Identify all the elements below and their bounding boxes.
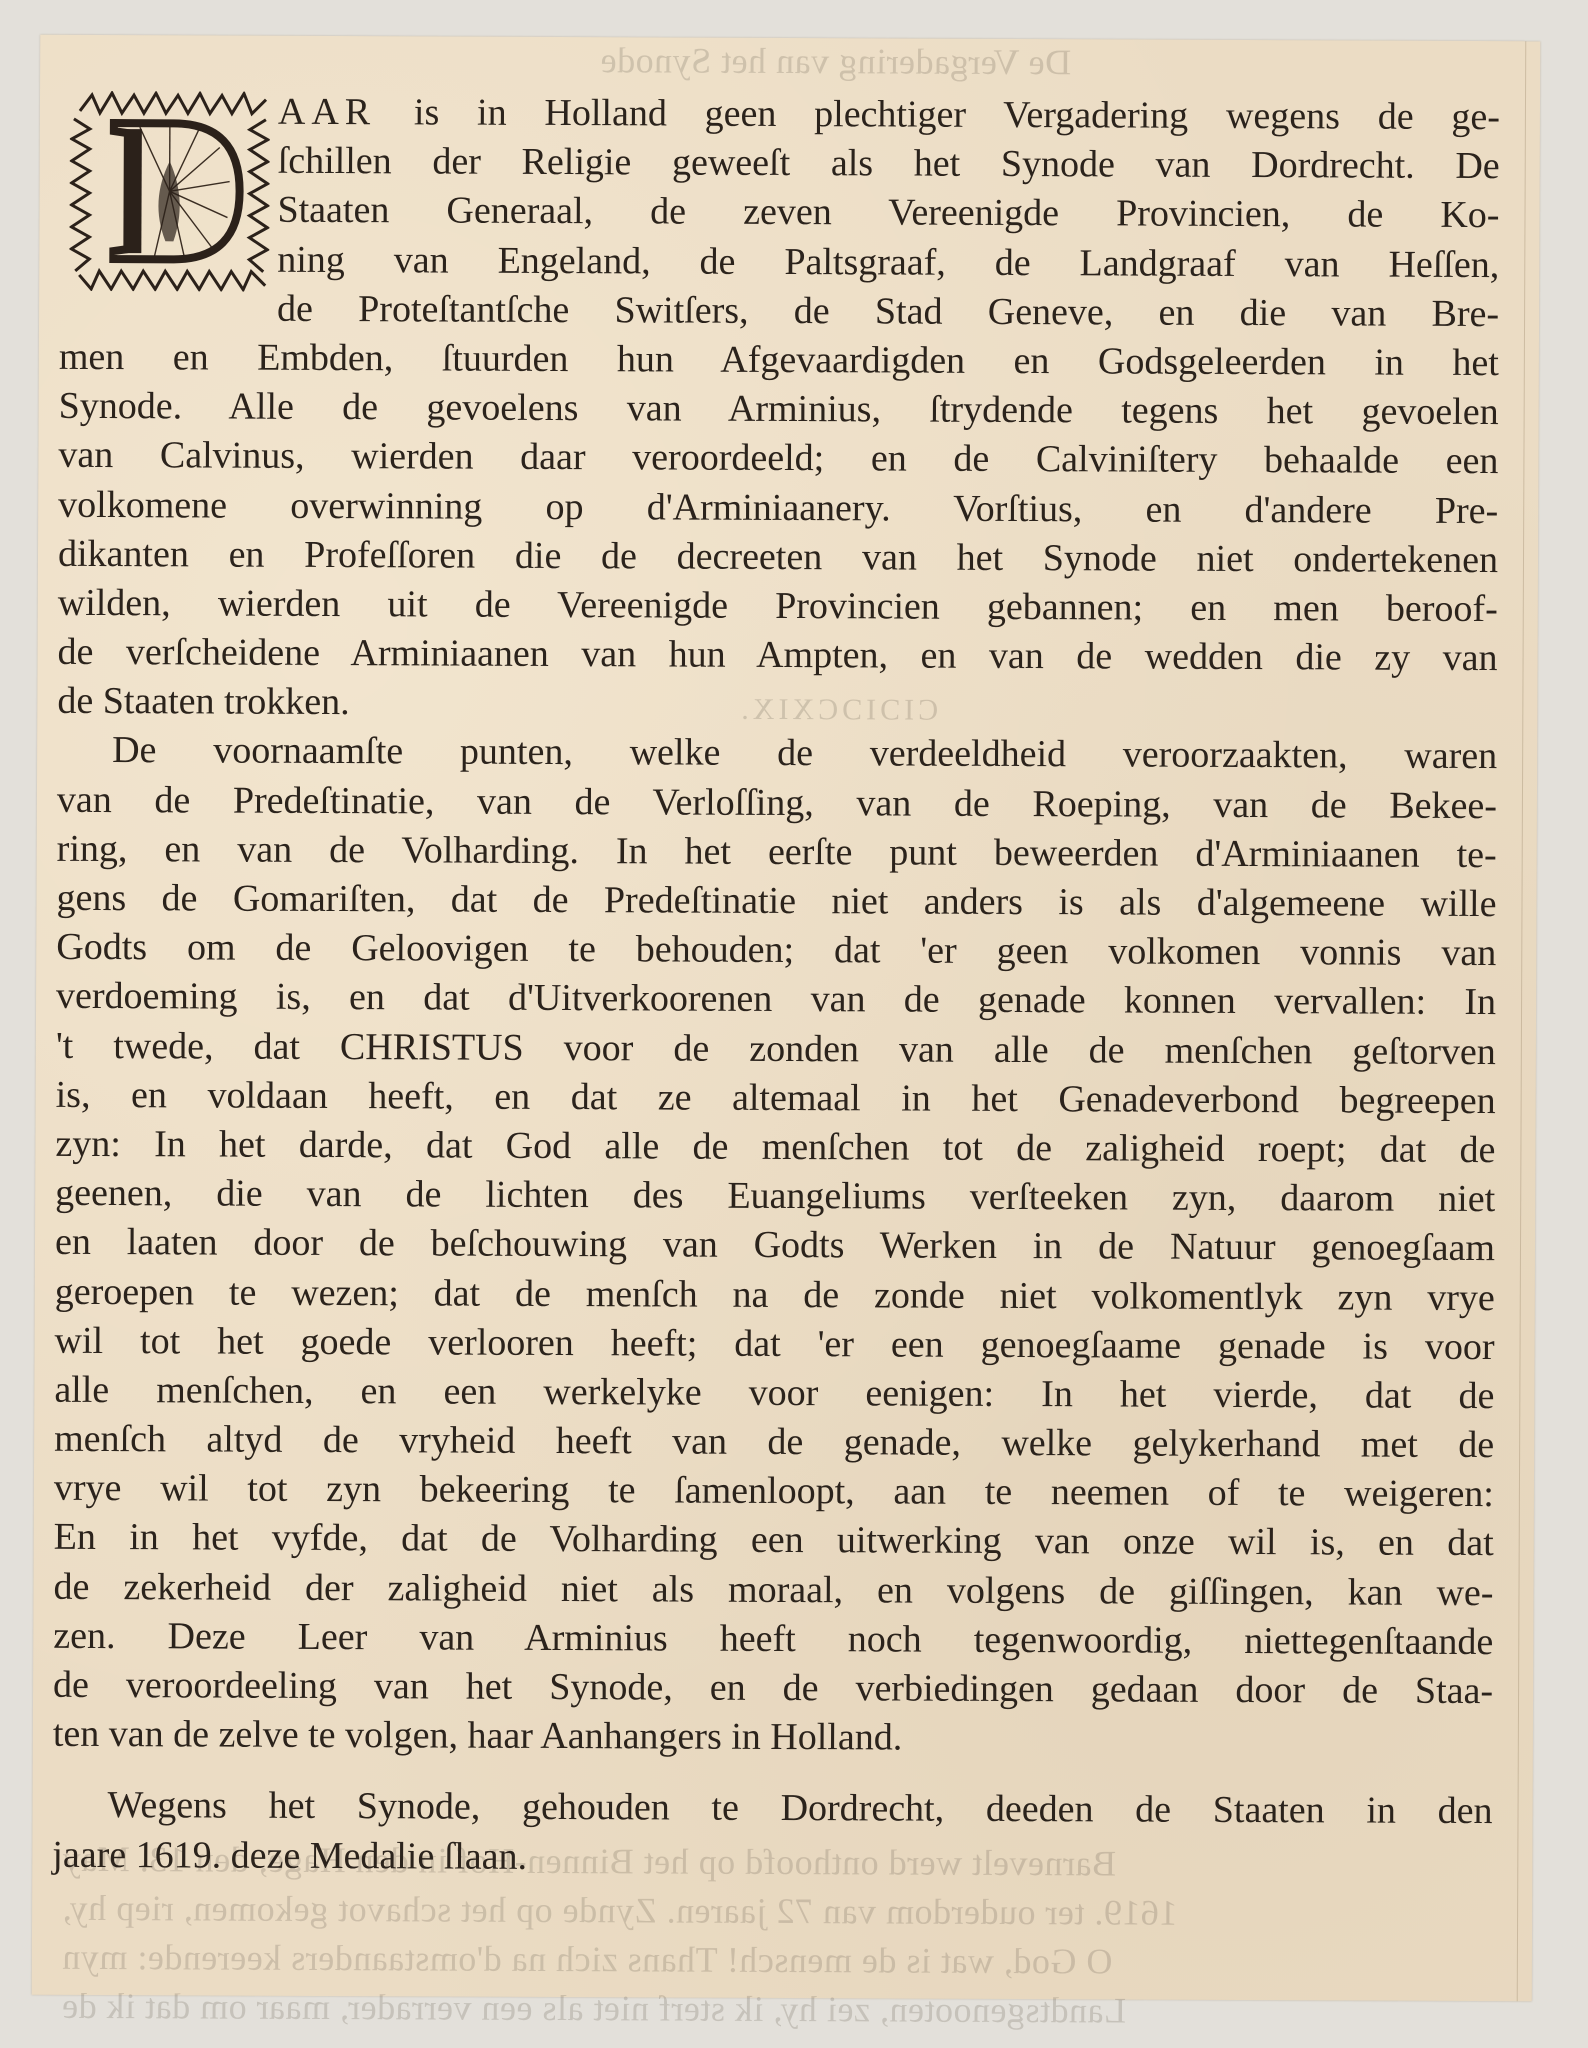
bleedthrough-line: Landtsgenooten, zei hy, ik sterf niet al…: [62, 1982, 1502, 2037]
body-text: AAR is in Holland geen plechtiger Vergad…: [52, 87, 1500, 1886]
text-line: de verſcheidene Arminiaanen van hun Ampt…: [57, 628, 1497, 683]
text-line: zyn: In het darde, dat God alle de menſc…: [55, 1120, 1495, 1175]
text-line: Staaten Generaal, de zeven Vereenigde Pr…: [59, 185, 1499, 240]
text-line: geroepen te wezen; dat de menſch na de z…: [55, 1267, 1495, 1322]
paragraph-main-points: De voornaamſte punten, welke de verdeeld…: [53, 726, 1497, 1765]
text-line: Godts om de Geloovigen te behouden; dat …: [56, 923, 1496, 978]
text-line: AAR is in Holland geen plechtiger Vergad…: [60, 87, 1500, 142]
text-line: de Proteſtantſche Switſers, de Stad Gene…: [59, 284, 1499, 339]
text-line: en laaten door de beſchouwing van Godts …: [55, 1218, 1495, 1273]
text-line: gens de Gomariſten, dat de Predeſtinatie…: [56, 874, 1496, 929]
text-line: van Calvinus, wierden daar veroordeeld; …: [58, 431, 1498, 486]
text-line: geenen, die van de lichten des Euangeliu…: [55, 1169, 1495, 1224]
text-line: zen. Deze Leer van Arminius heeft noch t…: [53, 1612, 1493, 1667]
text-line: de Staaten trokken.: [57, 677, 1497, 732]
text-line: De voornaamſte punten, welke de verdeeld…: [57, 726, 1497, 781]
dropcap-continuation: AAR: [278, 91, 376, 133]
text-line: wil tot het goede verlooren heeft; dat '…: [54, 1316, 1494, 1371]
text-line: Wegens het Synode, gehouden te Dordrecht…: [52, 1781, 1492, 1836]
text-line: En in het vyfde, dat de Volharding een u…: [54, 1513, 1494, 1568]
text-line: de veroordeeling van het Synode, en de v…: [53, 1661, 1493, 1716]
paragraph-synode-intro: AAR is in Holland geen plechtiger Vergad…: [57, 87, 1500, 733]
text-line: menſch altyd de vryheid heeft van de gen…: [54, 1415, 1494, 1470]
text-line: volkomene overwinning op d'Arminiaanery.…: [58, 480, 1498, 535]
text-line: dikanten en Profeſſoren die de decreeten…: [58, 530, 1498, 585]
bleedthrough-line: 1619. ter ouderdom van 72 jaaren. Zynde …: [62, 1884, 1502, 1939]
text-line: wilden, wierden uit de Vereenigde Provin…: [58, 579, 1498, 634]
text-line: jaare 1619. deze Medalie ſlaan.: [52, 1830, 1492, 1885]
text-line: ring, en van de Volharding. In het eerſt…: [57, 825, 1497, 880]
text-line: verdoeming is, en dat d'Uitverkoorenen v…: [56, 972, 1496, 1027]
bleedthrough-line: O God, wat is de mensch! Thans zich na d…: [62, 1933, 1502, 1988]
text-line: Synode. Alle de gevoelens van Arminius, …: [59, 382, 1499, 437]
text-line: ten van de zelve te volgen, haar Aanhang…: [53, 1710, 1493, 1765]
text-line: de zekerheid der zaligheid niet als mora…: [53, 1562, 1493, 1617]
text-line: van de Predeſtinatie, van de Verloſſing,…: [57, 775, 1497, 830]
text-line: 't twede, dat CHRISTUS voor de zonden va…: [56, 1021, 1496, 1076]
text-line: ning van Engeland, de Paltsgraaf, de Lan…: [59, 234, 1499, 289]
paragraph-medal: Wegens het Synode, gehouden te Dordrecht…: [52, 1781, 1492, 1886]
text-line-content: is in Holland geen plechtiger Vergaderin…: [414, 91, 1500, 138]
paper-sheet: De Vergadering van het Synode CIƆIƆCXIX.…: [32, 35, 1541, 2002]
text-line: is, en voldaan heeft, en dat ze altemaal…: [56, 1071, 1496, 1126]
bleedthrough-title: De Vergadering van het Synode: [600, 39, 1071, 83]
text-line: vrye wil tot zyn bekeering te ſamenloopt…: [54, 1464, 1494, 1519]
text-line: alle menſchen, en een werkelyke voor een…: [54, 1366, 1494, 1421]
text-line: men en Embden, ſtuurden hun Afgevaardigd…: [59, 333, 1499, 388]
text-line: ſchillen der Religie geweeſt als het Syn…: [60, 136, 1500, 191]
